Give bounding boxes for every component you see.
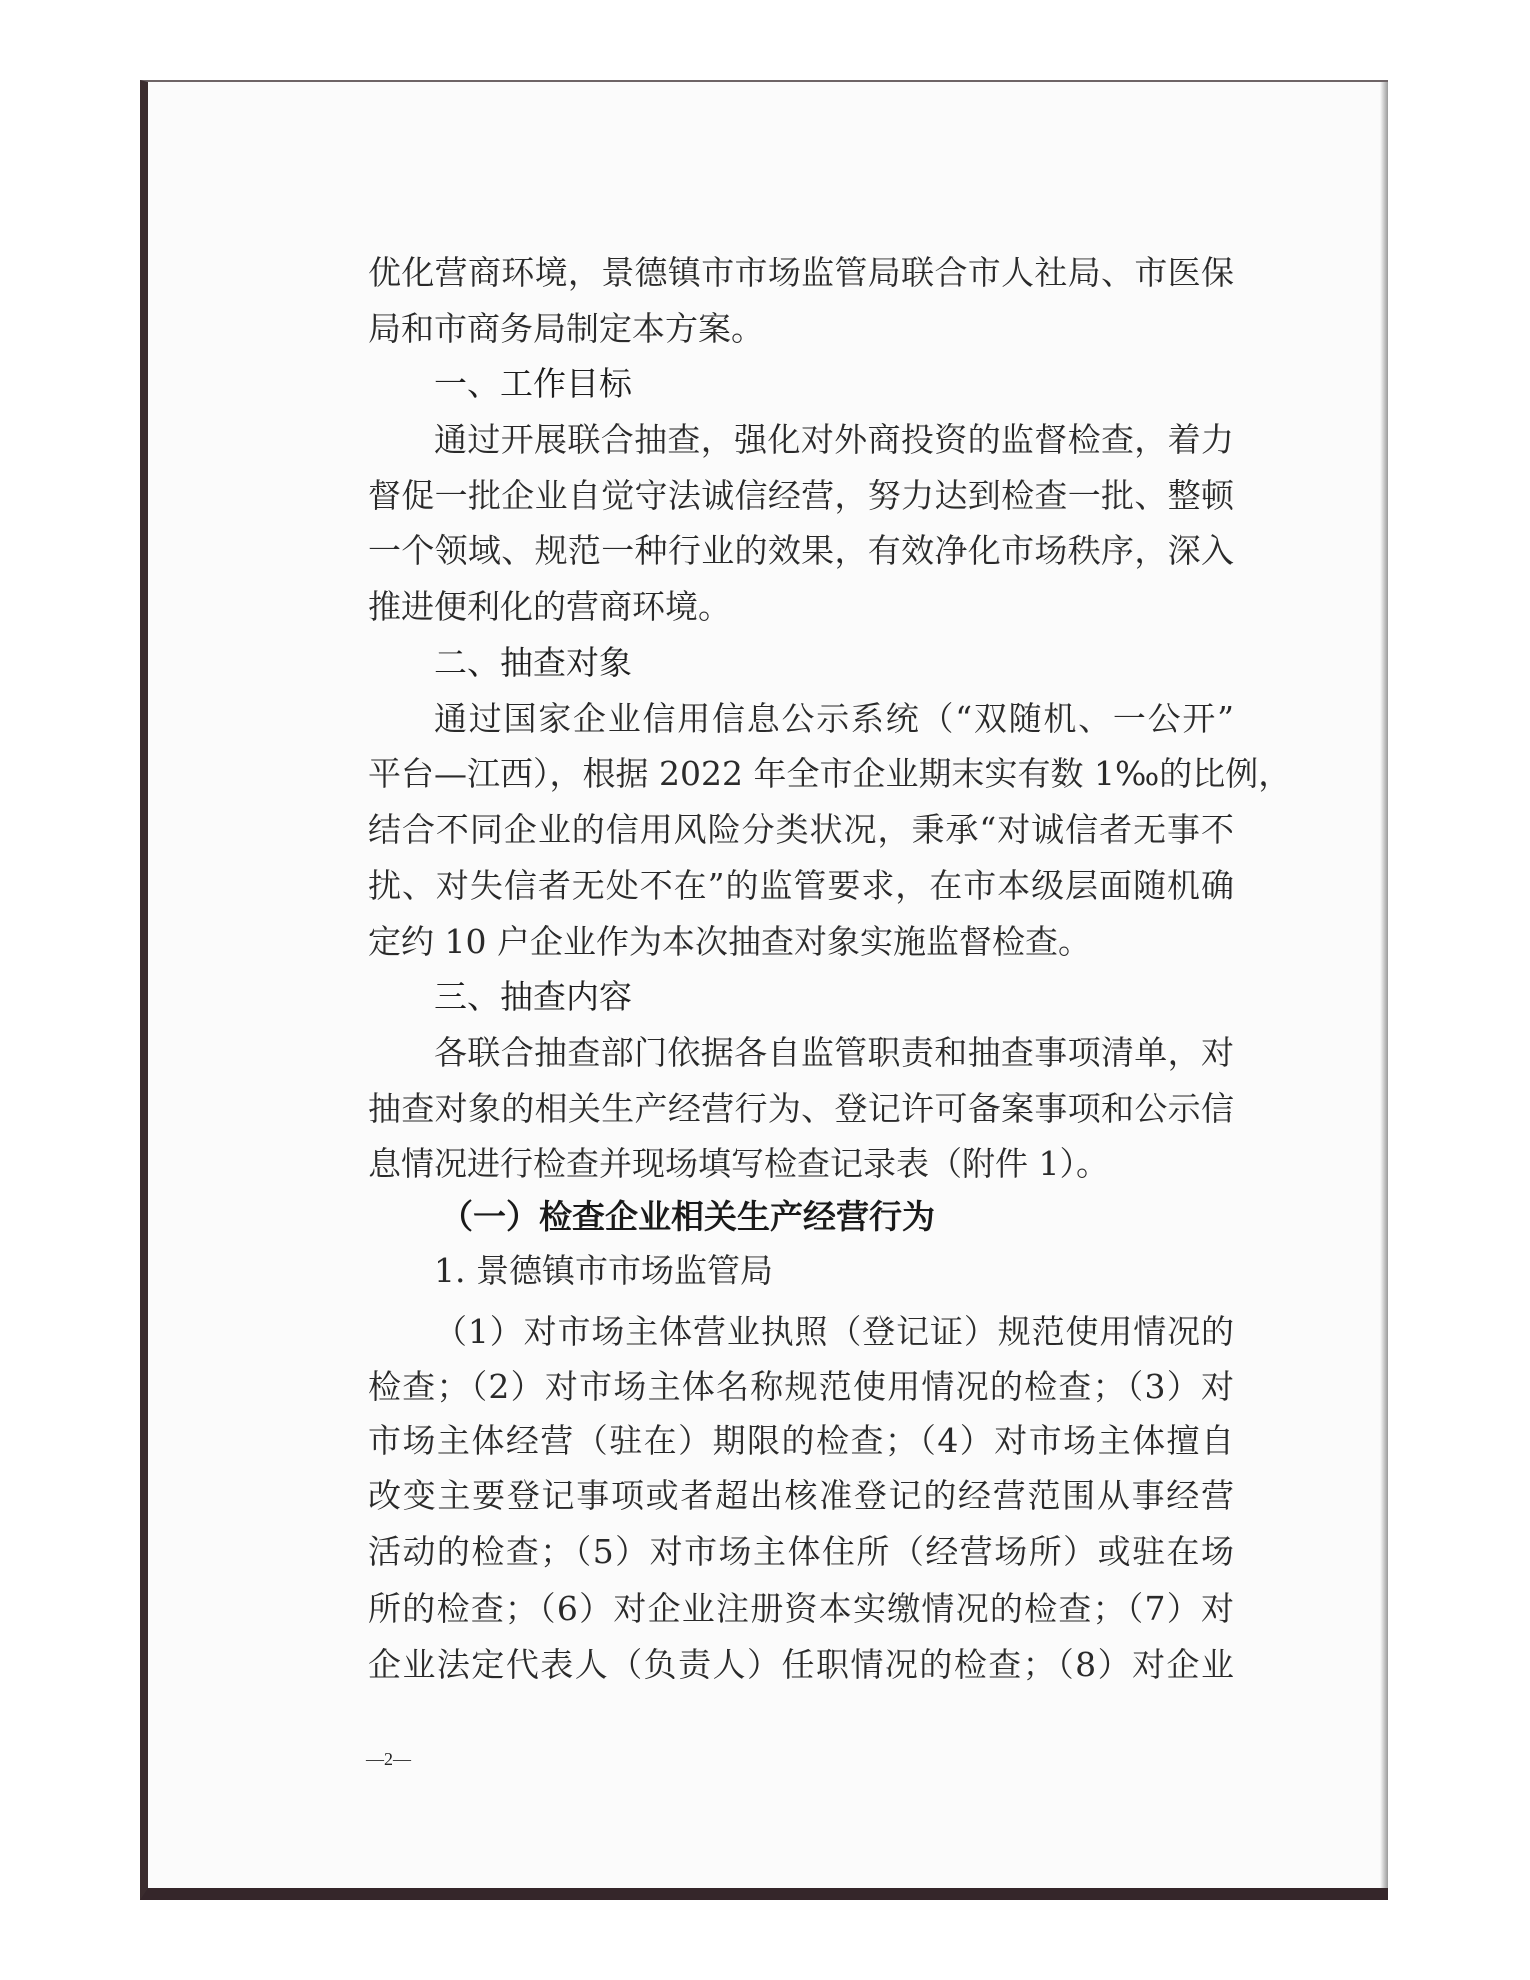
paragraph-line: 企业法定代表人（负责人）任职情况的检查；（8）对企业: [368, 1637, 1234, 1693]
intro-line: 局和市商务局制定本方案。: [368, 301, 1234, 357]
document-page: 优化营商环境，景德镇市市场监管局联合市人社局、市医保 局和市商务局制定本方案。 …: [140, 80, 1388, 1900]
section-heading-content: 三、抽查内容: [434, 969, 1234, 1025]
paragraph-line: 各联合抽查部门依据各自监管职责和抽查事项清单，对: [434, 1025, 1234, 1081]
subsection-heading: （一）检查企业相关生产经营行为: [440, 1189, 1306, 1245]
paragraph-line: 定约 10 户企业作为本次抽查对象实施监督检查。: [368, 914, 1234, 970]
paragraph-line: 一个领域、规范一种行业的效果，有效净化市场秩序，深入: [368, 523, 1234, 579]
paragraph-line: 息情况进行检查并现场填写检查记录表（附件 1）。: [368, 1136, 1234, 1192]
paragraph-line: 扰、对失信者无处不在”的监管要求，在市本级层面随机确: [368, 858, 1234, 914]
paragraph-line: 活动的检查；（5）对市场主体住所（经营场所）或驻在场: [368, 1524, 1234, 1580]
paragraph-line: 推进便利化的营商环境。: [368, 579, 1234, 635]
paragraph-line: 督促一批企业自觉守法诚信经营，努力达到检查一批、整顿: [368, 468, 1234, 524]
paragraph-line: 通过开展联合抽查，强化对外商投资的监督检查，着力: [434, 412, 1234, 468]
item-title: 1. 景德镇市市场监管局: [434, 1243, 1234, 1299]
paragraph-line: 平台—江西），根据 2022 年全市企业期末实有数 1‰的比例，: [368, 746, 1234, 802]
page-number: —2—: [366, 1746, 411, 1772]
paragraph-line: 抽查对象的相关生产经营行为、登记许可备案事项和公示信: [368, 1081, 1234, 1137]
paragraph-line: 市场主体经营（驻在）期限的检查；（4）对市场主体擅自: [368, 1413, 1234, 1469]
paragraph-line: 检查；（2）对市场主体名称规范使用情况的检查；（3）对: [368, 1359, 1234, 1415]
paragraph-line: 改变主要登记事项或者超出核准登记的经营范围从事经营: [368, 1468, 1234, 1524]
intro-line: 优化营商环境，景德镇市市场监管局联合市人社局、市医保: [368, 245, 1234, 301]
paragraph-line: 通过国家企业信用信息公示系统（“双随机、一公开”: [434, 691, 1234, 747]
paragraph-line: 结合不同企业的信用风险分类状况，秉承“对诚信者无事不: [368, 802, 1234, 858]
paragraph-line: （1）对市场主体营业执照（登记证）规范使用情况的: [434, 1304, 1234, 1360]
scanned-document: 优化营商环境，景德镇市市场监管局联合市人社局、市医保 局和市商务局制定本方案。 …: [0, 0, 1530, 1980]
section-heading-targets: 二、抽查对象: [434, 635, 1234, 691]
paragraph-line: 所的检查；（6）对企业注册资本实缴情况的检查；（7）对: [368, 1581, 1234, 1637]
section-heading-goal: 一、工作目标: [434, 356, 1234, 412]
